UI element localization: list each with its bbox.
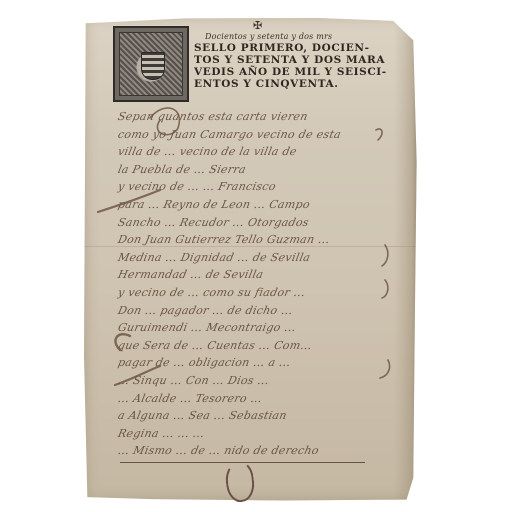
handwritten-line: villa de ... vecino de la villa de bbox=[116, 143, 410, 161]
handwritten-line: Guruimendi ... Mecontraigo ... bbox=[116, 319, 410, 337]
header-line: SELLO PRIMERO, DOCIEN- bbox=[194, 42, 394, 54]
handwritten-line: y vecino de ... ... Francisco bbox=[116, 178, 410, 196]
handwritten-line: y vecino de ... como su fiador ... bbox=[116, 284, 410, 302]
stamp-price-line: Docientos y setenta y dos mrs bbox=[205, 32, 332, 41]
cross-icon: ✠ bbox=[253, 20, 262, 31]
header-line: ENTOS Y CINQVENTA. bbox=[194, 78, 394, 90]
handwritten-line: Don Juan Gutierrez Tello Guzman ... bbox=[116, 231, 410, 249]
handwritten-line: Regina ... ... ... bbox=[116, 425, 410, 443]
header-line: TOS Y SETENTA Y DOS MARA bbox=[194, 54, 394, 66]
handwritten-line: ... Mismo ... de ... nido de derecho bbox=[116, 442, 410, 460]
coat-of-arms-stamp-icon bbox=[113, 26, 189, 102]
handwritten-line: Sancho ... Recudor ... Otorgados bbox=[116, 214, 410, 232]
handwritten-line: ... Sinqu ... Con ... Dios ... bbox=[116, 372, 410, 390]
handwritten-line: Hermandad ... de Sevilla bbox=[116, 266, 410, 284]
handwritten-text: Sepan quantos esta carta vieren como yo … bbox=[118, 108, 408, 460]
handwritten-line: ... Alcalde ... Tesorero ... bbox=[116, 390, 410, 408]
handwritten-line: como yo Juan Camargo vecino de esta bbox=[116, 126, 410, 144]
handwritten-line: que Sera de ... Cuentas ... Com... bbox=[116, 337, 410, 355]
handwritten-line: para ... Reyno de Leon ... Campo bbox=[116, 196, 410, 214]
header-line: VEDIS AÑO DE MIL Y SEISCI- bbox=[194, 66, 394, 78]
handwritten-line: la Puebla de ... Sierra bbox=[116, 161, 410, 179]
shield-icon bbox=[141, 52, 165, 80]
handwritten-line: Medina ... Dignidad ... de Sevilla bbox=[116, 249, 410, 267]
handwritten-line: Don ... pagador ... de dicho ... bbox=[116, 302, 410, 320]
handwritten-line: pagar de ... obligacion ... a ... bbox=[116, 354, 410, 372]
handwritten-line: a Alguna ... Sea ... Sebastian bbox=[116, 407, 410, 425]
stamp-header: SELLO PRIMERO, DOCIEN- TOS Y SETENTA Y D… bbox=[194, 42, 394, 90]
handwritten-line: Sepan quantos esta carta vieren bbox=[116, 108, 410, 126]
